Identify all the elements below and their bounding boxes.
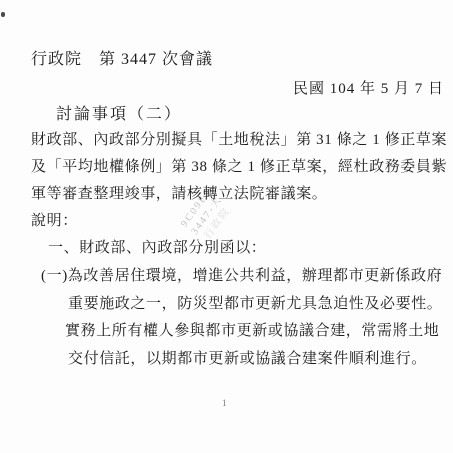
- sub-item-line-2: 重要施政之一，防災型都市更新尤具急迫性及必要性。: [68, 292, 442, 313]
- summary-line-3: 軍等審查整理竣事，請核轉立法院審議案。: [31, 182, 327, 203]
- scan-artifact-speck: [1, 12, 5, 17]
- section-title: 討論事項（二）: [56, 101, 182, 124]
- page-number: 1: [222, 398, 227, 408]
- explanation-label: 說明：: [31, 209, 78, 230]
- scanned-document-page: 9C09E2 3447-大 行政院 行政院 第 3447 次會議 民國 104 …: [0, 0, 453, 453]
- sub-item-line-4: 交付信託，以期都市更新或協議合建案件順利進行。: [68, 347, 427, 368]
- item-one: 一、財政部、內政部分別函以：: [48, 236, 266, 257]
- document-date: 民國 104 年 5 月 7 日: [293, 77, 444, 98]
- sub-item-line-1: (一)為改善居住環境，增進公共利益，辦理都市更新係政府: [41, 264, 442, 285]
- meeting-title: 行政院 第 3447 次會議: [31, 46, 213, 69]
- sub-item-line-3: 實務上所有權人參與都市更新或協議合建，常需將土地: [65, 319, 439, 340]
- summary-line-1: 財政部、內政部分別擬具「土地稅法」第 31 條之 1 修正草案: [31, 128, 447, 149]
- summary-line-2: 及「平均地權條例」第 38 條之 1 修正草案，經杜政務委員紫: [31, 155, 447, 176]
